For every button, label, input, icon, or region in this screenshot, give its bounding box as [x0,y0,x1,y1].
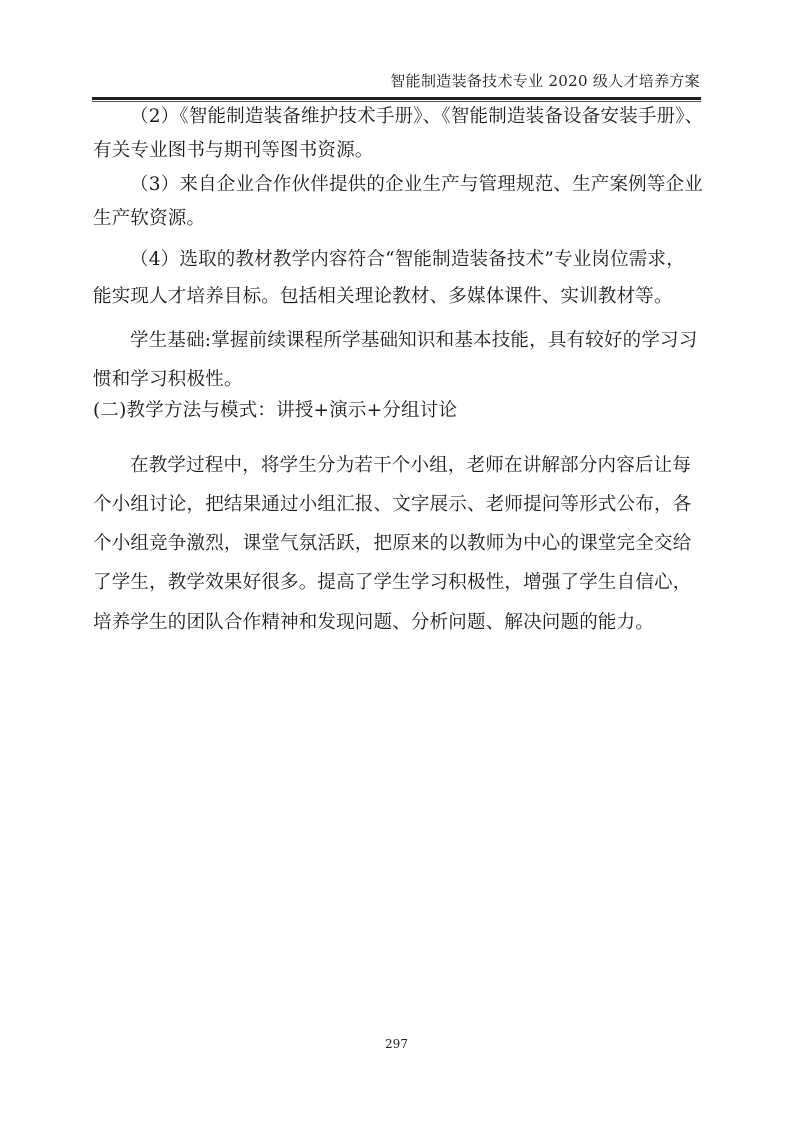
paragraph-line: 个小组讨论，把结果通过小组汇报、文字展示、老师提问等形式公布，各 [93,494,701,516]
paragraph-line: 有关专业图书与期刊等图书资源。 [93,140,701,162]
paragraph-line: （3）来自企业合作伙伴提供的企业生产与管理规范、生产案例等企业 [93,174,701,196]
paragraph-line: 生产软资源。 [93,208,701,230]
paragraph-line: 培养学生的团队合作精神和发现问题、分析问题、解决问题的能力。 [93,612,701,634]
paragraph-line: 惯和学习积极性。 [93,369,701,391]
header-rule-thin [92,101,701,102]
section-heading: (二)教学方法与模式：讲授+演示+分组讨论 [93,400,701,422]
paragraph-line: 个小组竞争激烈，课堂气氛活跃，把原来的以教师为中心的课堂完全交给 [93,533,701,555]
header-rule-thick [92,97,701,100]
paragraph-line: 了学生，教学效果好很多。提高了学生学习积极性，增强了学生自信心， [93,572,701,594]
paragraph-line: 能实现人才培养目标。包括相关理论教材、多媒体课件、实训教材等。 [93,286,701,308]
page-number: 297 [0,1037,793,1051]
paragraph-line: 在教学过程中，将学生分为若干个小组，老师在讲解部分内容后让每 [93,455,701,477]
running-header-title: 智能制造装备技术专业 2020 级人才培养方案 [390,70,700,91]
paragraph-line: 学生基础:掌握前续课程所学基础知识和基本技能，具有较好的学习习 [93,330,701,352]
paragraph-line: （2）《智能制造装备维护技术手册》、《智能制造装备设备安装手册》、 [93,106,701,128]
paragraph-line: （4）选取的教材教学内容符合“智能制造装备技术”专业岗位需求， [93,249,701,271]
